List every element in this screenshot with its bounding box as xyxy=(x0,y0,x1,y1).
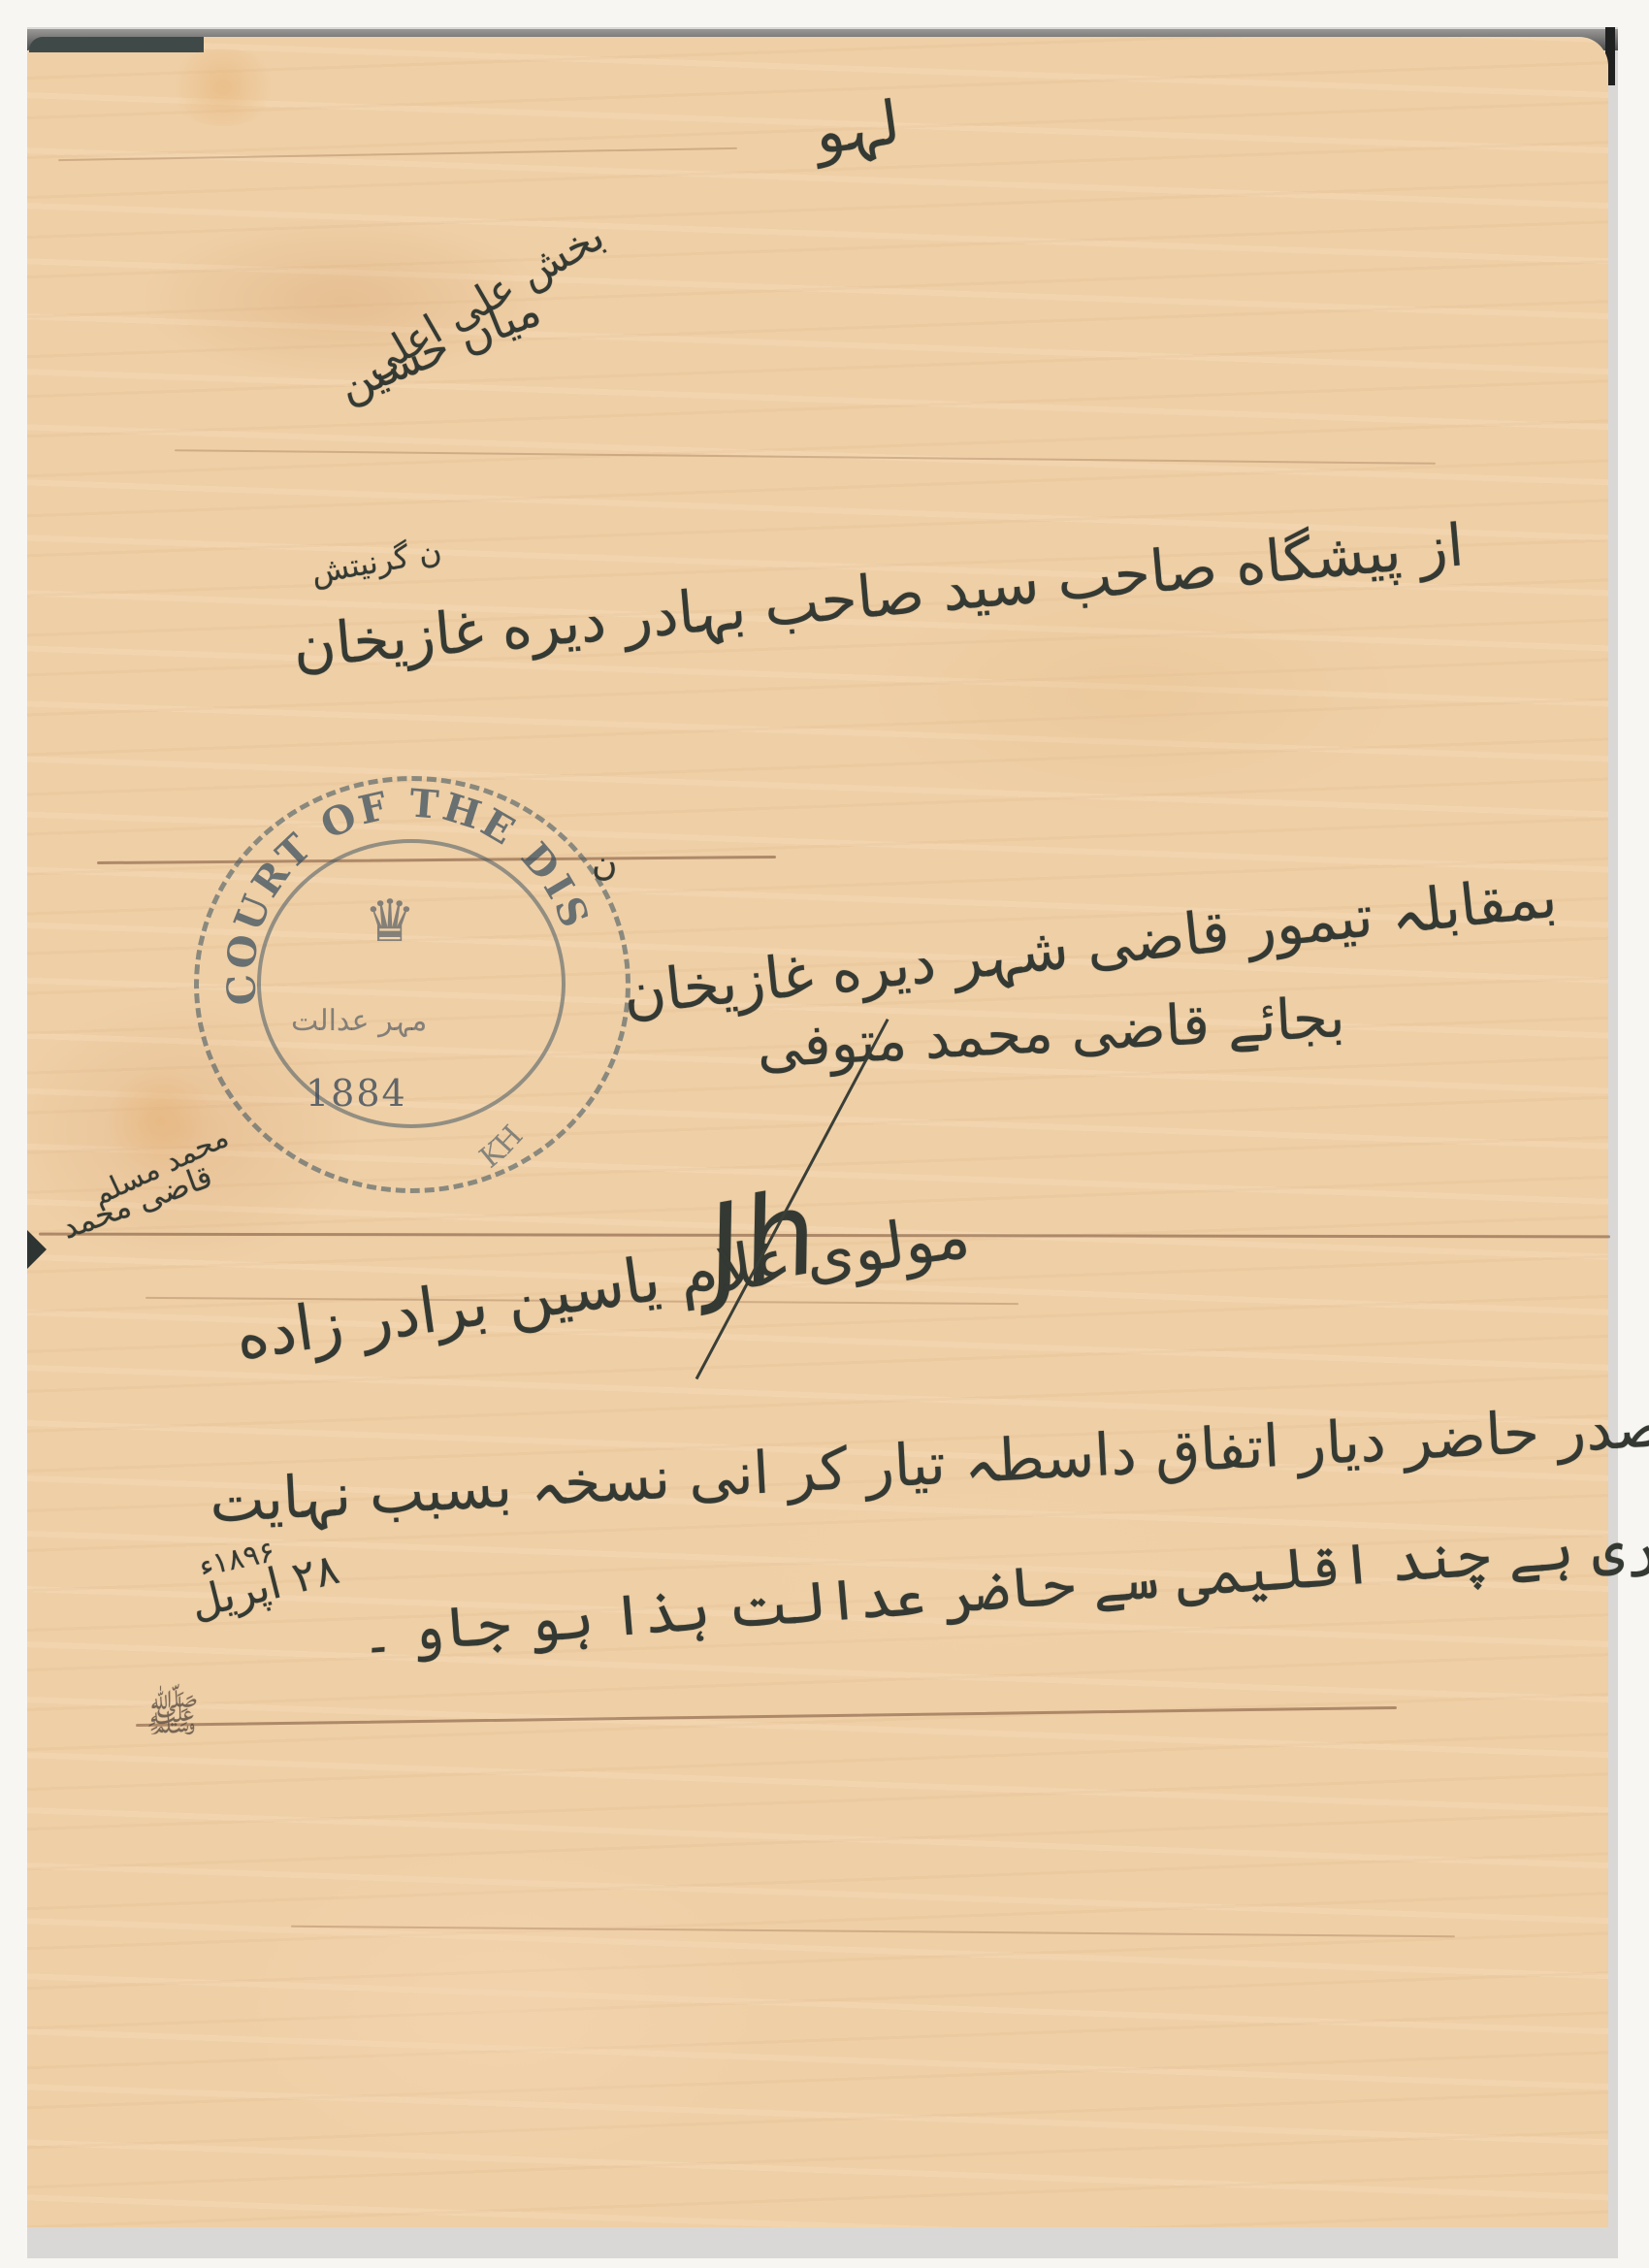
court-seal-stamp: COURT OF THE DISTRICT JUDGE KHAN ♛ مہر ع… xyxy=(194,776,630,1193)
marginal-scrawl: ﷺ xyxy=(145,1688,200,1753)
paper-binding-edge xyxy=(29,37,204,52)
heading-mark: لہو xyxy=(810,86,904,168)
crown-emblem-icon: ♛ xyxy=(364,888,416,956)
seal-inner-text: مہر عدالت xyxy=(291,1004,427,1038)
party-line-1-superscript: ن xyxy=(592,844,617,884)
seal-year: 1884 xyxy=(306,1072,407,1115)
paper-stain xyxy=(165,49,281,126)
seal-text-ring: COURT OF THE DISTRICT JUDGE KHAN xyxy=(199,781,626,1188)
